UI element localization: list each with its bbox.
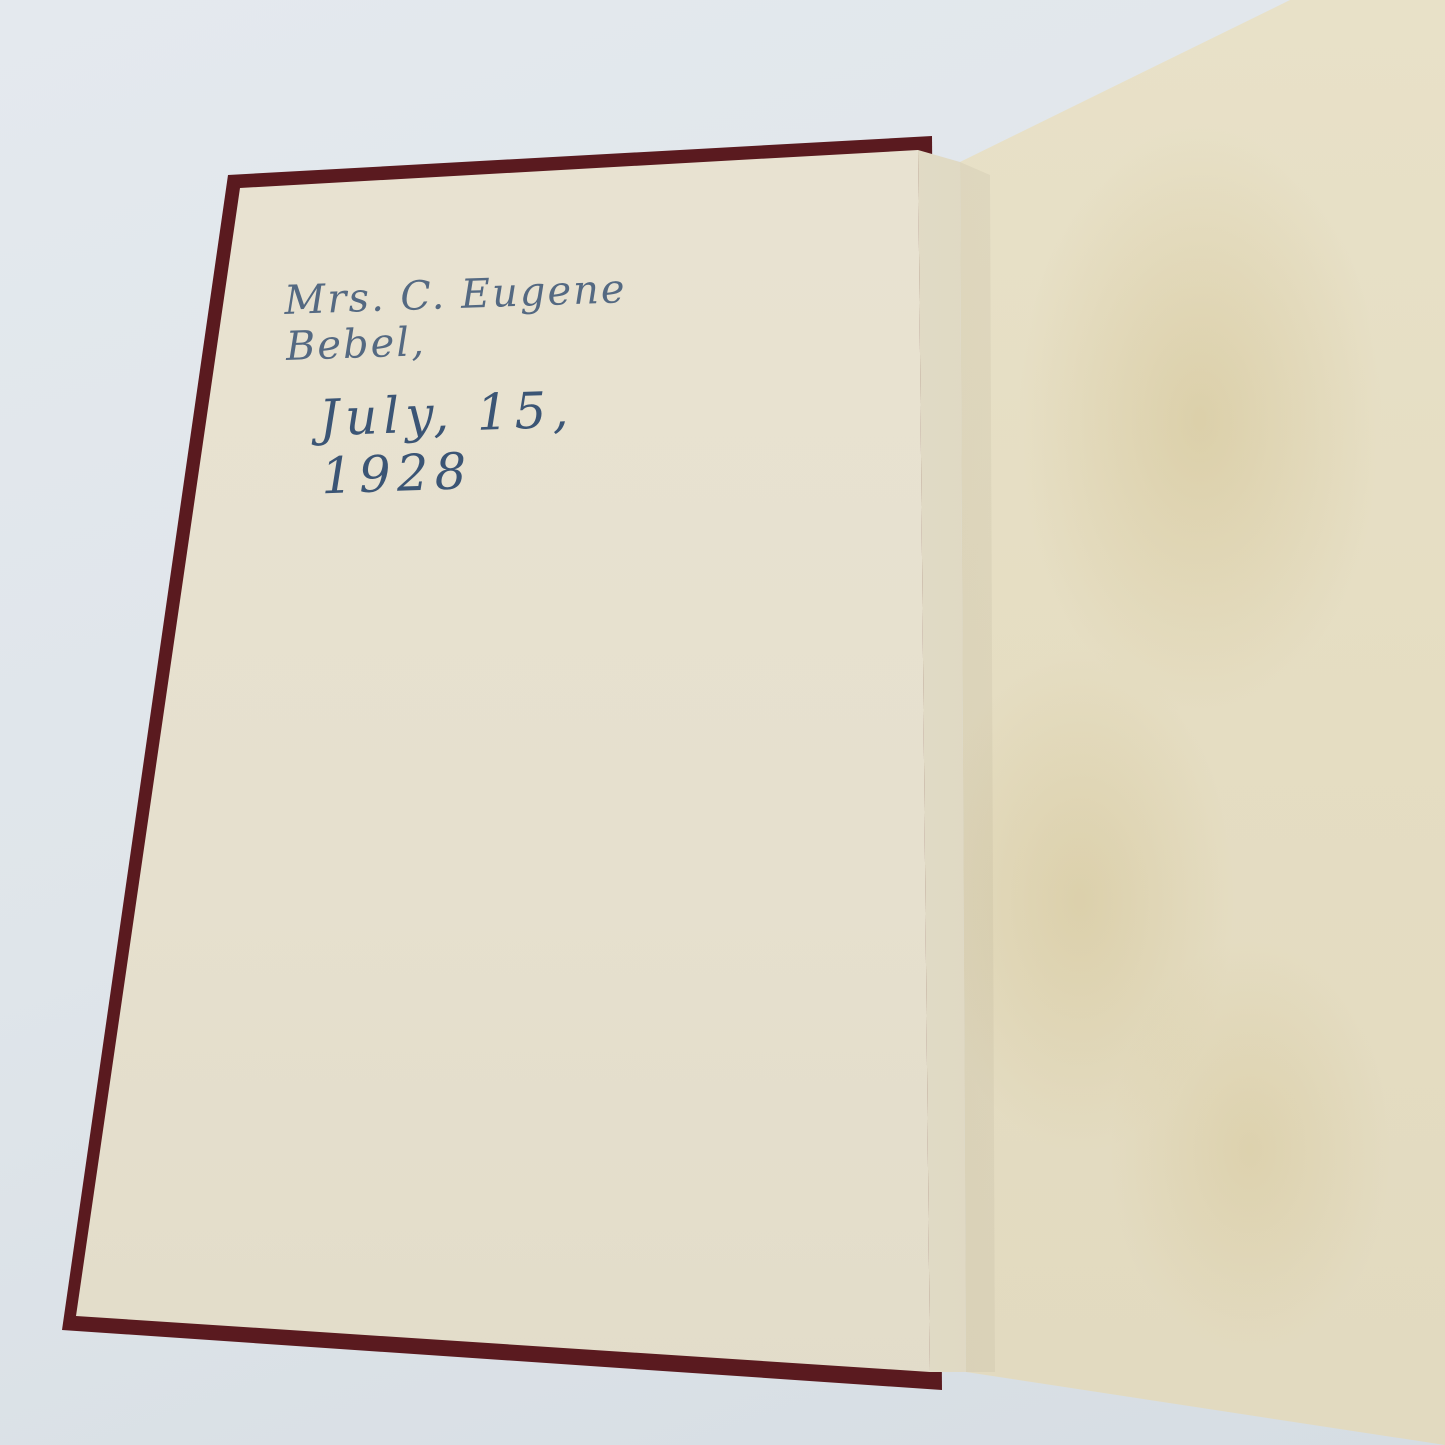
inscription-date: July, 15, 1928 — [318, 375, 747, 506]
handwritten-inscription: Mrs. C. Eugene Bebel, July, 15, 1928 — [285, 270, 745, 498]
inscription-name: Mrs. C. Eugene Bebel, — [284, 262, 747, 370]
